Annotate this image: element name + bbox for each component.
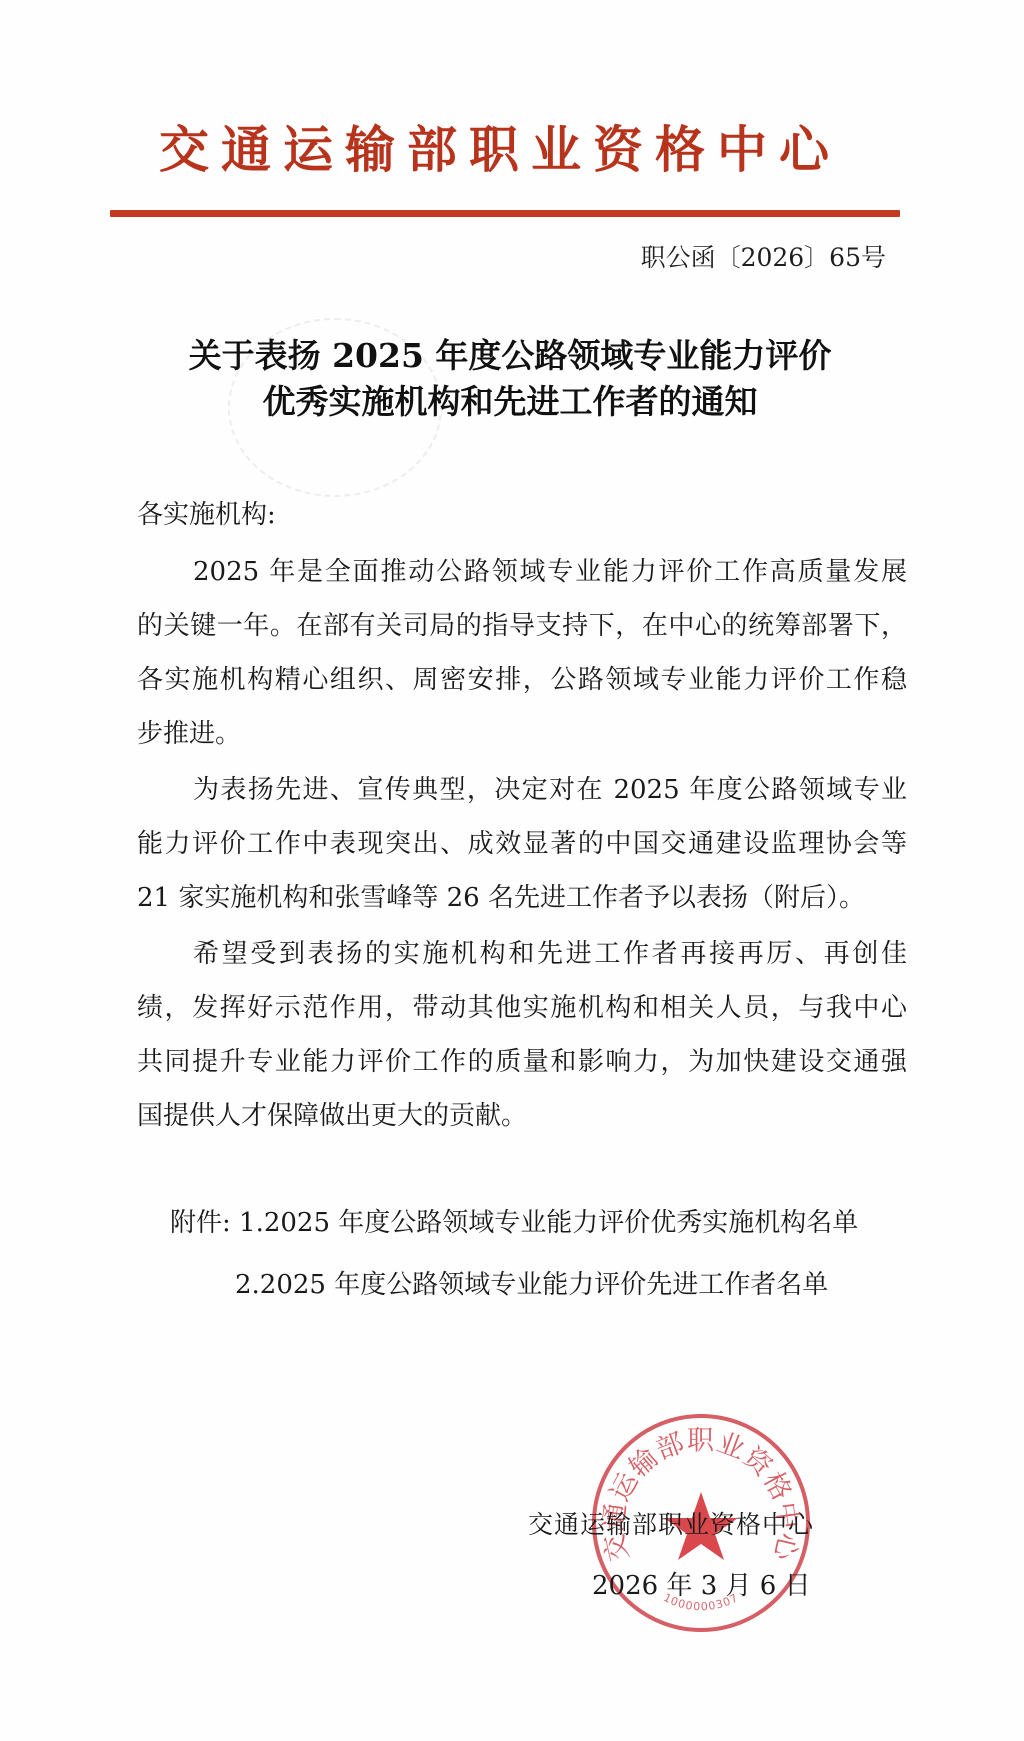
document-title: 关于表扬 2025 年度公路领域专业能力评价 优秀实施机构和先进工作者的通知 bbox=[100, 333, 920, 425]
signature-date: 2026 年 3 月 6 日 bbox=[592, 1569, 811, 1603]
paragraph-line: 共同提升专业能力评价工作的质量和影响力，为加快建设交通强 bbox=[137, 1035, 907, 1089]
attachments-list: 附件: 1.2025 年度公路领域专业能力评价优秀实施机构名单 2.2025 年… bbox=[170, 1205, 858, 1303]
title-line-2: 优秀实施机构和先进工作者的通知 bbox=[100, 379, 920, 425]
paragraph-line: 各实施机构精心组织、周密安排，公路领域专业能力评价工作稳 bbox=[137, 653, 907, 707]
attachments-label: 附件: bbox=[170, 1208, 231, 1238]
attachment-title: 1.2025 年度公路领域专业能力评价优秀实施机构名单 bbox=[239, 1208, 858, 1238]
paragraph-line: 的关键一年。在部有关司局的指导支持下，在中心的统筹部署下， bbox=[137, 599, 907, 653]
title-line-1: 关于表扬 2025 年度公路领域专业能力评价 bbox=[100, 333, 920, 379]
letterhead-organization: 交通运输部职业资格中心 bbox=[100, 118, 900, 182]
paragraph-line: 21 家实施机构和张雪峰等 26 名先进工作者予以表扬（附后）。 bbox=[137, 871, 907, 925]
attachment-item-2: 2.2025 年度公路领域专业能力评价先进工作者名单 bbox=[170, 1267, 858, 1303]
paragraph-3: 希望受到表扬的实施机构和先进工作者再接再厉、再创佳 绩，发挥好示范作用，带动其他… bbox=[137, 927, 907, 1143]
paragraph-line: 为表扬先进、宣传典型，决定对在 2025 年度公路领域专业 bbox=[137, 763, 907, 817]
paragraph-line: 国提供人才保障做出更大的贡献。 bbox=[137, 1089, 907, 1143]
paragraph-2: 为表扬先进、宣传典型，决定对在 2025 年度公路领域专业 能力评价工作中表现突… bbox=[137, 763, 907, 925]
paragraph-line: 能力评价工作中表现突出、成效显著的中国交通建设监理协会等 bbox=[137, 817, 907, 871]
document-number: 职公函〔2026〕65号 bbox=[641, 240, 886, 276]
signature-organization: 交通运输部职业资格中心 bbox=[528, 1508, 814, 1542]
salutation: 各实施机构: bbox=[137, 497, 276, 533]
paragraph-line: 希望受到表扬的实施机构和先进工作者再接再厉、再创佳 bbox=[137, 927, 907, 981]
paragraph-1: 2025 年是全面推动公路领域专业能力评价工作高质量发展 的关键一年。在部有关司… bbox=[137, 545, 907, 761]
attachment-item-1: 附件: 1.2025 年度公路领域专业能力评价优秀实施机构名单 bbox=[170, 1205, 858, 1241]
paragraph-line: 绩，发挥好示范作用，带动其他实施机构和相关人员，与我中心 bbox=[137, 981, 907, 1035]
paragraph-line: 步推进。 bbox=[137, 707, 907, 761]
letterhead-red-rule bbox=[110, 210, 900, 217]
paragraph-line: 2025 年是全面推动公路领域专业能力评价工作高质量发展 bbox=[137, 545, 907, 599]
document-page: 交通运输部职业资格中心 职公函〔2026〕65号 关于表扬 2025 年度公路领… bbox=[0, 0, 1024, 1741]
